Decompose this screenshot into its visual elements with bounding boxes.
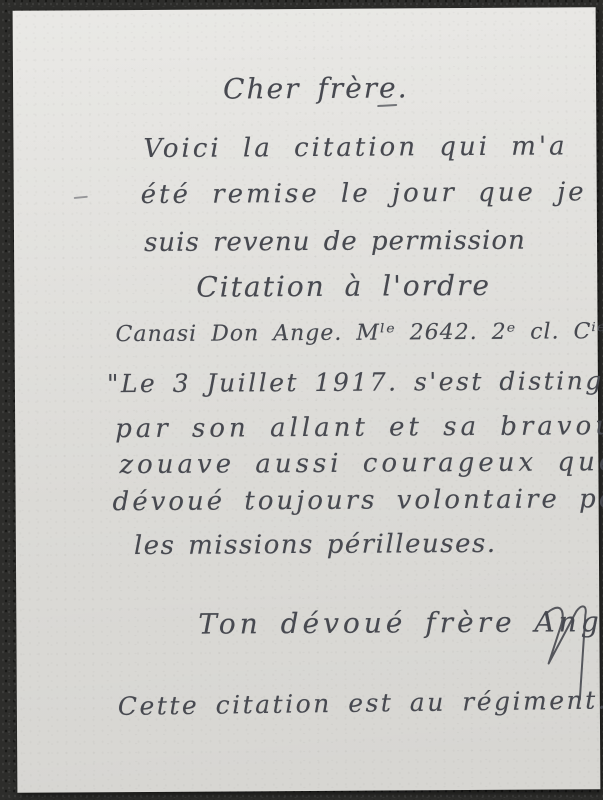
- salutation-line: Cher frère.: [223, 74, 409, 103]
- intro-line: Voici la citation qui m'a: [143, 133, 567, 162]
- letter-paper: Cher frère. Voici la citation qui m'a ét…: [13, 7, 601, 793]
- citation-line-soldier-id: Canasi Don Ange. Mˡᵉ 2642. 2ᵉ cl. Cⁱᵉ M.…: [116, 321, 603, 346]
- citation-line: "Le 3 Juillet 1917. s'est distingué: [107, 368, 603, 396]
- letter-photograph: Cher frère. Voici la citation qui m'a ét…: [0, 0, 603, 800]
- stray-ink-mark: [74, 196, 88, 199]
- citation-line: dévoué toujours volontaire pour: [113, 486, 603, 515]
- citation-line: zouave aussi courageux que: [119, 449, 603, 478]
- citation-heading: Citation à l'ordre: [196, 272, 491, 302]
- citation-line: par son allant et sa bravoure: [115, 413, 603, 442]
- postscript-line: Cette citation est au régiment.: [118, 687, 603, 718]
- intro-line: été remise le jour que je: [141, 179, 587, 208]
- citation-line: les missions périlleuses.: [134, 531, 497, 559]
- pen-stroke-after-salutation: [377, 104, 397, 107]
- intro-line: suis revenu de permission: [144, 228, 526, 256]
